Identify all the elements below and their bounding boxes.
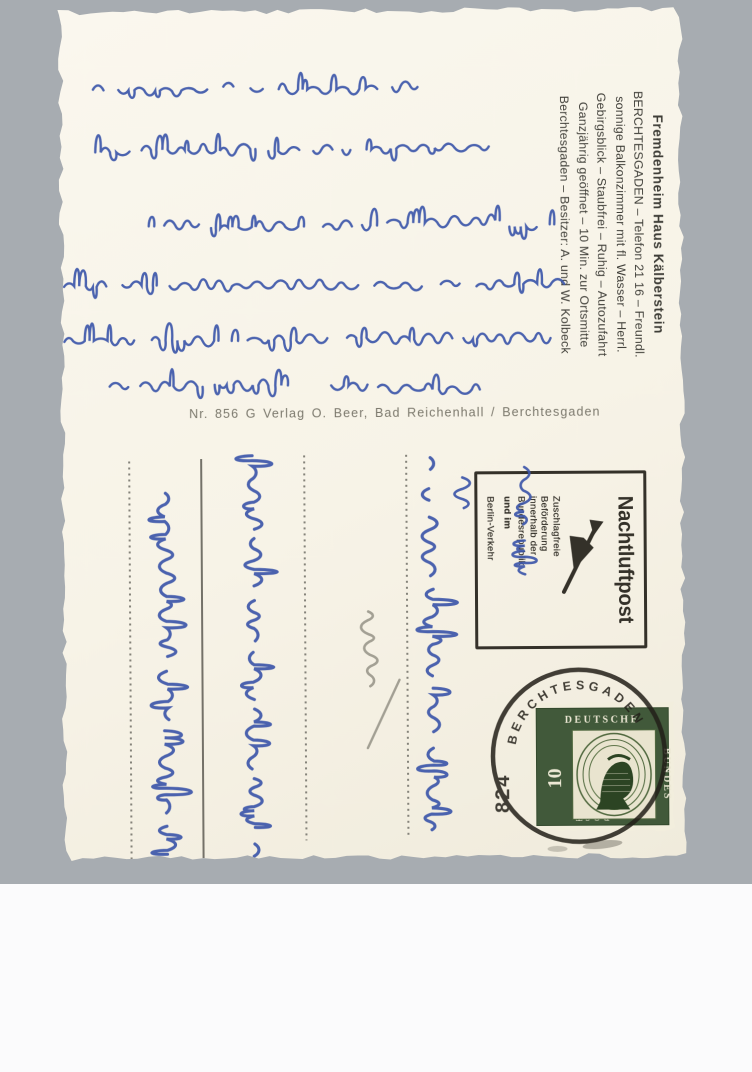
handwritten-flourish bbox=[454, 477, 470, 508]
hotel-info-line: Gebirgsblick – Staubfrei – Ruhig – Autoz… bbox=[592, 29, 613, 421]
hotel-title: Fremdenheim Haus Kälberstein bbox=[647, 28, 668, 420]
address-rule-1 bbox=[405, 455, 409, 838]
stamp-word-bundes: BUNDES bbox=[660, 735, 672, 813]
printed-hotel-info: Fremdenheim Haus Kälberstein BERCHTESGAD… bbox=[550, 28, 668, 421]
cachet-text-lines: ZuschlagfreieBeförderunginnerhalb derBun… bbox=[484, 496, 561, 566]
handwritten-message-line: Sommer, Sonne u. Schnee habt. bbox=[149, 206, 555, 242]
hotel-info-line: Ganzjährig geöffnet – 10 Min. zur Ortsmi… bbox=[573, 29, 594, 421]
hotel-info-line: BERCHTESGADEN – Telefon 21 16 – Freundl. bbox=[629, 28, 650, 420]
address-rule-2 bbox=[303, 455, 307, 840]
cachet-line: Bundesrepublik bbox=[515, 496, 527, 566]
handwritten-address-line: Herbert Hülsch bbox=[416, 457, 459, 829]
handwritten-message-line: ob Ihr das Wetter, so wie wir bbox=[64, 266, 564, 298]
hotel-info-line: Berchtesgaden – Besitzer: A. und W. Kolb… bbox=[555, 29, 576, 421]
postage-stamp: DEUTSCHE BUNDES POST 10 bbox=[530, 701, 676, 832]
stamp-green-panel: DEUTSCHE BUNDES POST 10 bbox=[536, 707, 670, 826]
pencil-postal-code: 824 / bbox=[361, 611, 378, 686]
stamp-portrait bbox=[572, 729, 657, 820]
postmark-postal-code: 824 bbox=[492, 773, 514, 813]
cachet-line: Beförderung bbox=[538, 496, 550, 566]
cachet-title: Nachtluftpost bbox=[612, 477, 637, 642]
handwritten-message-line: Mit herzl. Grüßen bbox=[95, 132, 489, 162]
hotel-info-lines: BERCHTESGADEN – Telefon 21 16 – Freundl.… bbox=[555, 28, 650, 421]
publisher-credit-line: Nr. 856 G Verlag O. Beer, Bad Reichenhal… bbox=[150, 404, 640, 421]
handwritten-address-line: Friedrichst. 17 III bbox=[149, 493, 192, 854]
nachtluftpost-cachet-wrapper: Nachtluftpost ZuschlagfreieBeförderungin… bbox=[474, 470, 647, 649]
hotel-info-line: sonnige Balkonzimmer mit fl. Wasser – He… bbox=[610, 28, 631, 420]
handwritten-message-line: Mir geht's ganz gut! bbox=[110, 367, 480, 398]
handwritten-address-line: Berlin - Tempelhof bbox=[236, 456, 279, 857]
address-rule-3 bbox=[200, 459, 204, 858]
address-rule-4 bbox=[128, 461, 132, 859]
cachet-line: Zuschlagfreie bbox=[550, 496, 562, 566]
handwritten-message-line: Euer Willi u. Familie bbox=[93, 72, 438, 98]
handwritten-message-line: Hallo! Ihr müßt mir bitte mitteilen bbox=[64, 321, 550, 354]
stamp-word-deutsche: DEUTSCHE bbox=[536, 714, 669, 726]
nachtluftpost-cachet: Nachtluftpost ZuschlagfreieBeförderungin… bbox=[474, 470, 647, 649]
airplane-icon bbox=[562, 518, 607, 608]
postcard-back: Fremdenheim Haus Kälberstein BERCHTESGAD… bbox=[57, 6, 687, 862]
cachet-line: innerhalb der bbox=[527, 496, 539, 566]
pencil-slash bbox=[368, 680, 400, 748]
cachet-line: und im bbox=[501, 496, 513, 566]
scan-lower-margin bbox=[0, 884, 752, 1072]
cachet-line: Berlin-Verkehr bbox=[484, 496, 496, 566]
stamp-value: 10 bbox=[544, 756, 566, 801]
